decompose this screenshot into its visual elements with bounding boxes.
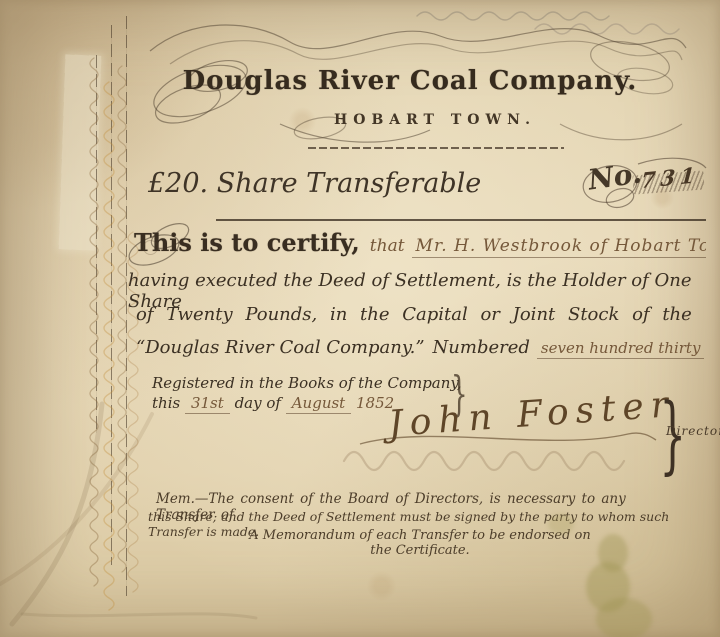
memo-line-3: A Memorandum of each Transfer to be endo… xyxy=(248,528,592,558)
holder-name: Mr. H. Westbrook of Hobart Town xyxy=(412,236,706,258)
company-name: Douglas River Coal Company. xyxy=(178,66,642,96)
small-ink-ring xyxy=(143,240,158,255)
stain-blot xyxy=(596,598,652,637)
registered-month: August xyxy=(286,394,351,414)
ghost-signature xyxy=(340,440,650,484)
corner-crease xyxy=(0,380,260,637)
certify-lead: This is to certify, xyxy=(134,228,360,257)
company-location: HOBART TOWN. xyxy=(285,112,585,128)
stain-blot xyxy=(548,514,574,534)
title-rule xyxy=(308,147,564,149)
directors-label: Directors xyxy=(666,424,720,438)
certify-line: This is to certify, that Mr. H. Westbroo… xyxy=(134,228,706,258)
numbered-word: Numbered xyxy=(433,337,530,358)
body-line-4: “Douglas River Coal Company.” Numbered s… xyxy=(136,337,704,359)
denomination-line: £20. Share Transferable xyxy=(148,168,481,199)
company-quote: “Douglas River Coal Company.” xyxy=(136,337,425,358)
body-top-rule xyxy=(216,219,706,221)
certificate-scan: Douglas River Coal Company. HOBART TOWN.… xyxy=(0,0,720,637)
body-line-3: of Twenty Pounds, in the Capital or Join… xyxy=(136,304,702,325)
that-word: that xyxy=(370,236,405,256)
number-in-words: seven hundred thirty one xyxy=(537,339,704,359)
